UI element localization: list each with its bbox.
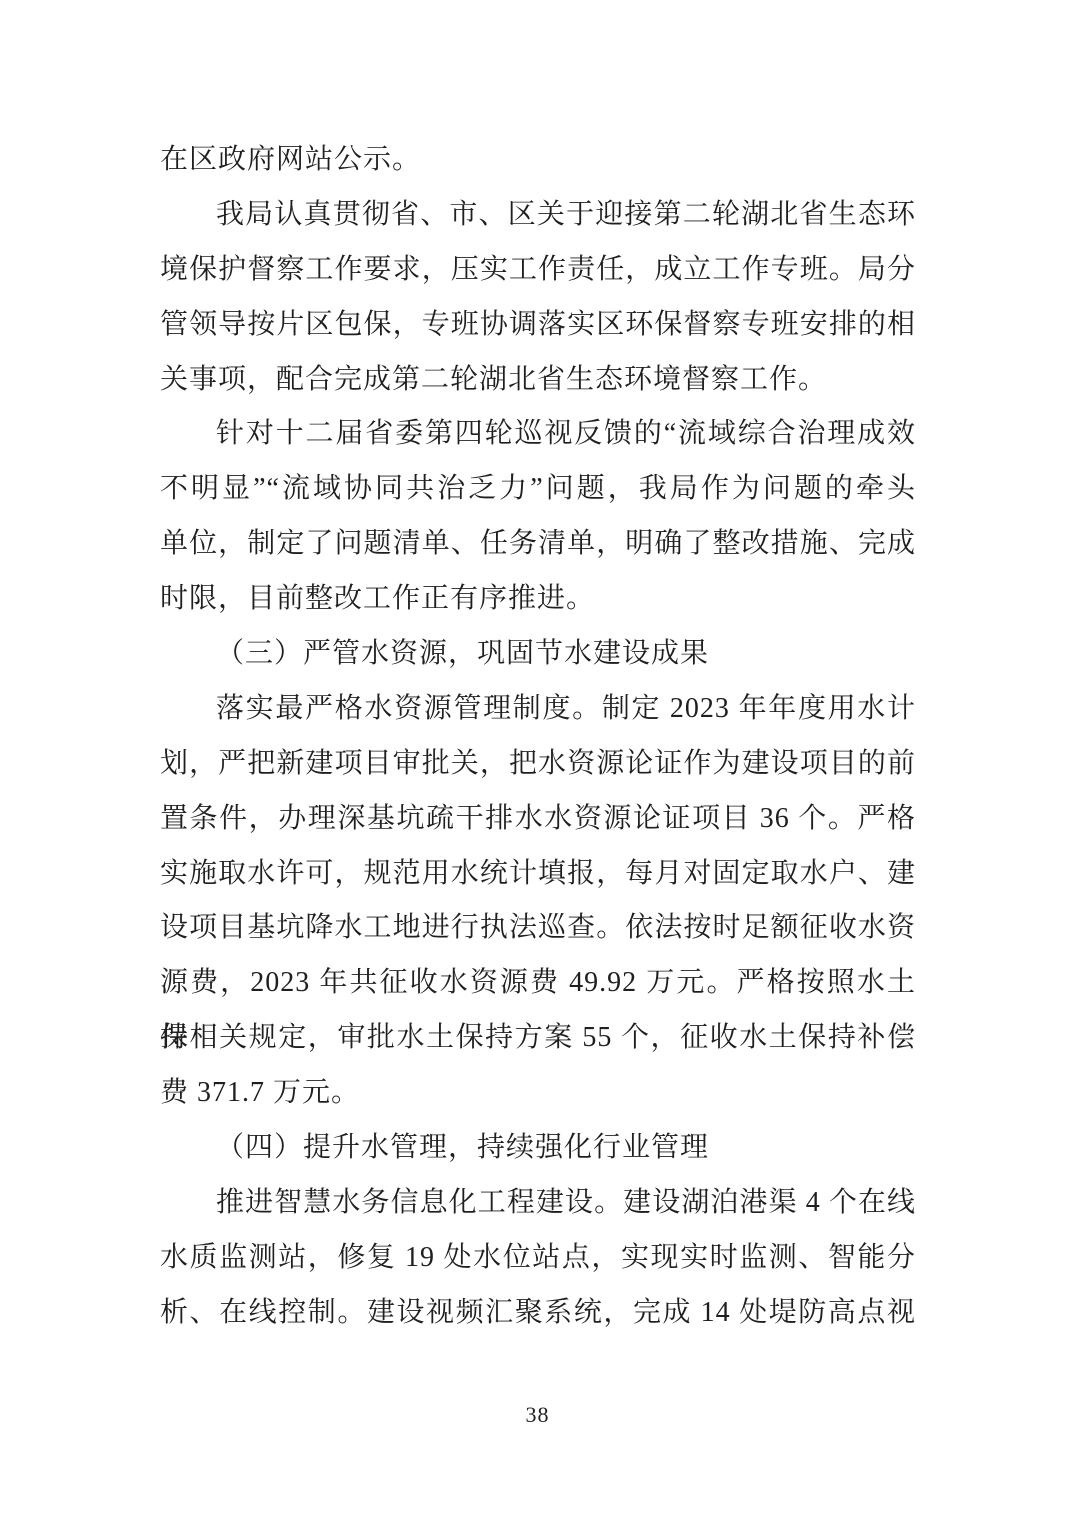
text-line: 管领导按片区包保，专班协调落实区环保督察专班安排的相 bbox=[160, 298, 916, 353]
document-page: 在区政府网站公示。我局认真贯彻省、市、区关于迎接第二轮湖北省生态环境保护督察工作… bbox=[0, 0, 1075, 1520]
text-line: 推进智慧水务信息化工程建设。建设湖泊港渠 4 个在线 bbox=[160, 1176, 916, 1231]
text-line: 时限，目前整改工作正有序推进。 bbox=[160, 572, 916, 627]
text-line: 持相关规定，审批水土保持方案 55 个，征收水土保持补偿 bbox=[160, 1011, 916, 1066]
text-line: 境保护督察工作要求，压实工作责任，成立工作专班。局分 bbox=[160, 243, 916, 298]
document-body: 在区政府网站公示。我局认真贯彻省、市、区关于迎接第二轮湖北省生态环境保护督察工作… bbox=[160, 133, 916, 1341]
text-line: 关事项，配合完成第二轮湖北省生态环境督察工作。 bbox=[160, 353, 916, 408]
text-line: 费 371.7 万元。 bbox=[160, 1066, 916, 1121]
text-line: 源费，2023 年共征收水资源费 49.92 万元。严格按照水土保 bbox=[160, 956, 916, 1011]
text-line: 落实最严格水资源管理制度。制定 2023 年年度用水计 bbox=[160, 682, 916, 737]
text-line: 划，严把新建项目审批关，把水资源论证作为建设项目的前 bbox=[160, 737, 916, 792]
text-line: 设项目基坑降水工地进行执法巡查。依法按时足额征收水资 bbox=[160, 901, 916, 956]
section-heading: （三）严管水资源，巩固节水建设成果 bbox=[160, 627, 916, 682]
section-heading: （四）提升水管理，持续强化行业管理 bbox=[160, 1121, 916, 1176]
text-line: 不明显”“流域协同共治乏力”问题，我局作为问题的牵头 bbox=[160, 462, 916, 517]
text-line: 针对十二届省委第四轮巡视反馈的“流域综合治理成效 bbox=[160, 407, 916, 462]
text-line: 实施取水许可，规范用水统计填报，每月对固定取水户、建 bbox=[160, 847, 916, 902]
text-line: 置条件，办理深基坑疏干排水水资源论证项目 36 个。严格 bbox=[160, 792, 916, 847]
page-footer: 38 bbox=[0, 1402, 1075, 1428]
text-line: 水质监测站，修复 19 处水位站点，实现实时监测、智能分 bbox=[160, 1231, 916, 1286]
text-line: 在区政府网站公示。 bbox=[160, 133, 916, 188]
text-line: 我局认真贯彻省、市、区关于迎接第二轮湖北省生态环 bbox=[160, 188, 916, 243]
text-line: 单位，制定了问题清单、任务清单，明确了整改措施、完成 bbox=[160, 517, 916, 572]
page-number: 38 bbox=[526, 1402, 550, 1427]
text-line: 析、在线控制。建设视频汇聚系统，完成 14 处堤防高点视 bbox=[160, 1286, 916, 1341]
